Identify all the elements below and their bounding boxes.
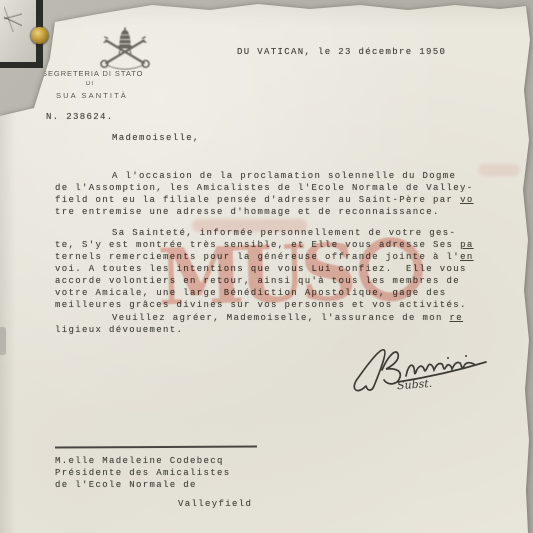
letterhead-org-line2: DI (86, 81, 94, 87)
date-line: DU VATICAN, le 23 décembre 1950 (237, 47, 446, 57)
recipient-line: Présidente des Amicalistes (55, 467, 231, 479)
letter-line: Sa Sainteté, informée personnellement de… (55, 227, 474, 239)
signature-title: Subst. (397, 377, 433, 392)
letter-line: tre entremise une adresse d'hommage et d… (55, 206, 474, 218)
vatican-crest-icon (95, 26, 155, 70)
letter-line: voi. A toutes les intentions que vous Lu… (55, 263, 474, 275)
letter-line: Veuillez agréer, Mademoiselle, l'assuran… (55, 312, 463, 324)
letter-line: A l'occasion de la proclamation solennel… (55, 170, 474, 182)
letter-line: meilleures grâces divines sur vos person… (55, 299, 474, 311)
letter-paper: SEGRETERIA DI STATO DI SUA SANTITÀ N. 23… (0, 0, 533, 533)
paragraph: Veuillez agréer, Mademoiselle, l'assuran… (55, 312, 463, 336)
recipient-place: Valleyfield (178, 499, 252, 509)
scanned-letter: SEGRETERIA DI STATO DI SUA SANTITÀ N. 23… (0, 0, 533, 533)
letterhead-org-line1: SEGRETERIA DI STATO (42, 69, 143, 78)
letter-line: field ont eu la filiale pensée d'adresse… (55, 194, 474, 206)
letter-line: ternels remerciements pour la généreuse … (55, 251, 474, 263)
letter-line: votre Amicale, une large Bénédiction Apo… (55, 287, 474, 299)
letter-line: ligieux dévouement. (55, 324, 463, 336)
recipient-line: M.elle Madeleine Codebecq (55, 455, 231, 467)
letterhead-org-line3: SUA SANTITÀ (56, 91, 128, 100)
letter-line: accorde volontiers en retour, ainsi qu'à… (55, 275, 474, 287)
salutation: Mademoiselle, (112, 133, 200, 143)
recipient-divider-line (55, 445, 257, 448)
protocol-number: N. 238624. (46, 112, 114, 122)
letter-line: te, S'y est montrée très sensible, et El… (55, 239, 474, 251)
recipient-line: de l'Ecole Normale de (55, 479, 231, 491)
watermark-smudge (478, 164, 520, 176)
paper-edge-notch (0, 327, 6, 355)
letter-line: de l'Assomption, les Amicalistes de l'Ec… (55, 182, 474, 194)
paragraph: Sa Sainteté, informée personnellement de… (55, 227, 474, 311)
paragraph: A l'occasion de la proclamation solennel… (55, 170, 474, 218)
recipient-address: M.elle Madeleine CodebecqPrésidente des … (55, 455, 231, 491)
